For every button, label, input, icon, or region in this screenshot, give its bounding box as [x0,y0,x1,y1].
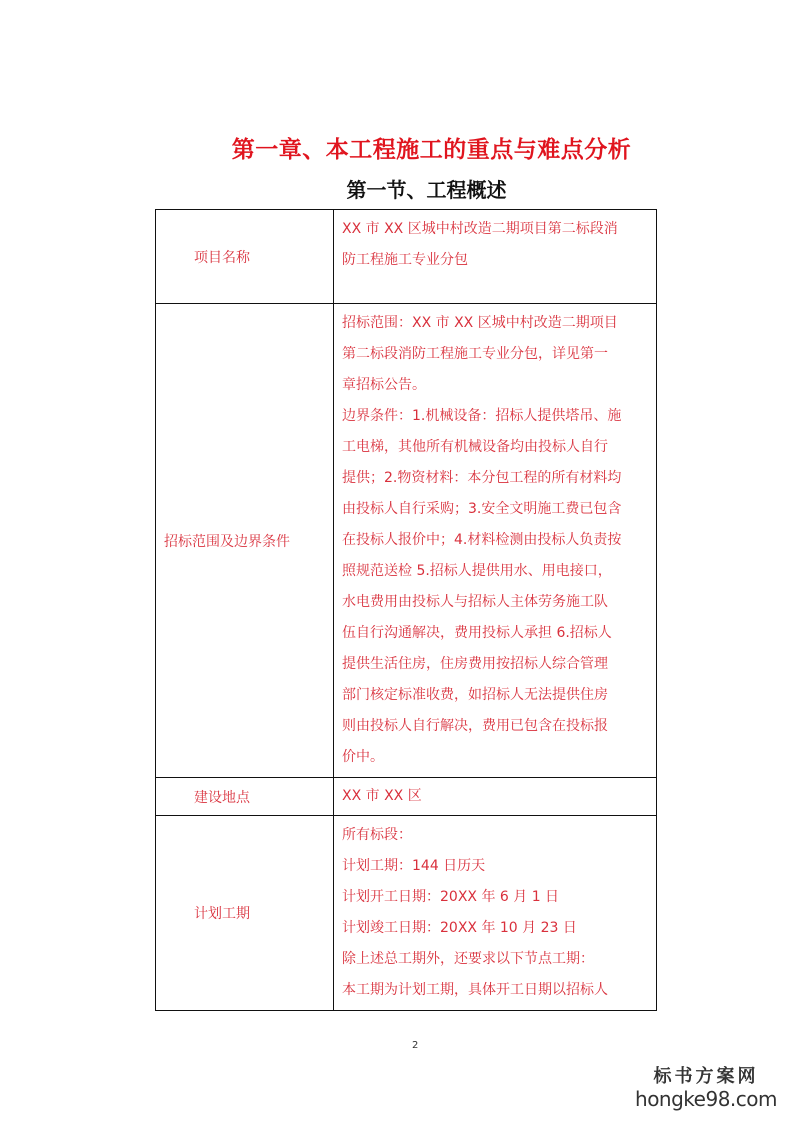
label-text: 计划工期 [156,903,333,923]
chapter-title: 第一章、本工程施工的重点与难点分析 [0,131,793,164]
value-line: 防工程施工专业分包 [342,245,650,276]
project-overview-table: 项目名称 XX 市 XX 区城中村改造二期项目第二标段消 防工程施工专业分包 招… [155,209,657,1011]
value-line: 边界条件：1.机械设备：招标人提供塔吊、施 [342,401,650,432]
row-value-scope-and-boundary: 招标范围：XX 市 XX 区城中村改造二期项目 第二标段消防工程施工专业分包，详… [334,304,657,778]
label-text: 招标范围及边界条件 [156,531,333,551]
value-line: 计划竣工日期：20XX 年 10 月 23 日 [342,913,650,944]
value-line: 计划工期：144 日历天 [342,851,650,882]
value-line: 工电梯，其他所有机械设备均由投标人自行 [342,432,650,463]
row-label-scope-and-boundary: 招标范围及边界条件 [156,304,334,778]
label-text: 建设地点 [156,787,333,807]
row-value-construction-site: XX 市 XX 区 [334,778,657,816]
value-line: 由投标人自行采购；3.安全文明施工费已包含 [342,494,650,525]
value-line: 伍自行沟通解决，费用投标人承担 6.招标人 [342,618,650,649]
value-line: 计划开工日期：20XX 年 6 月 1 日 [342,882,650,913]
value-line: 第二标段消防工程施工专业分包，详见第一 [342,339,650,370]
value-line: 招标范围：XX 市 XX 区城中村改造二期项目 [342,308,650,339]
watermark-cn-text: 标书方案网 [635,1066,777,1088]
row-label-construction-site: 建设地点 [156,778,334,816]
value-line: 照规范送检 5.招标人提供用水、用电接口， [342,556,650,587]
value-line: 在投标人报价中；4.材料检测由投标人负责按 [342,525,650,556]
watermark-en-text: hongke98.com [635,1088,777,1110]
value-line: 部门核定标准收费，如招标人无法提供住房 [342,680,650,711]
row-label-planned-schedule: 计划工期 [156,816,334,1011]
value-line: 则由投标人自行解决，费用已包含在投标报 [342,711,650,742]
value-line: 所有标段： [342,820,650,851]
page-number: 2 [412,1040,418,1051]
value-line: 本工期为计划工期，具体开工日期以招标人 [342,975,650,1006]
label-text: 项目名称 [156,247,333,267]
value-line: 提供生活住房，住房费用按招标人综合管理 [342,649,650,680]
value-line: XX 市 XX 区城中村改造二期项目第二标段消 [342,214,650,245]
section-title: 第一节、工程概述 [0,174,793,203]
value-line: 价中。 [342,742,650,773]
row-value-project-name: XX 市 XX 区城中村改造二期项目第二标段消 防工程施工专业分包 [334,210,657,304]
table-row-scope-and-boundary: 招标范围及边界条件 招标范围：XX 市 XX 区城中村改造二期项目 第二标段消防… [156,304,657,778]
value-line: 水电费用由投标人与招标人主体劳务施工队 [342,587,650,618]
table-row-project-name: 项目名称 XX 市 XX 区城中村改造二期项目第二标段消 防工程施工专业分包 [156,210,657,304]
watermark-logo: 标书方案网 hongke98.com [635,1066,777,1110]
value-line: 提供；2.物资材料：本分包工程的所有材料均 [342,463,650,494]
row-label-project-name: 项目名称 [156,210,334,304]
value-line: 章招标公告。 [342,370,650,401]
value-line: XX 市 XX 区 [342,781,650,812]
row-value-planned-schedule: 所有标段： 计划工期：144 日历天 计划开工日期：20XX 年 6 月 1 日… [334,816,657,1011]
table-row-planned-schedule: 计划工期 所有标段： 计划工期：144 日历天 计划开工日期：20XX 年 6 … [156,816,657,1011]
value-line: 除上述总工期外，还要求以下节点工期： [342,944,650,975]
table-row-construction-site: 建设地点 XX 市 XX 区 [156,778,657,816]
